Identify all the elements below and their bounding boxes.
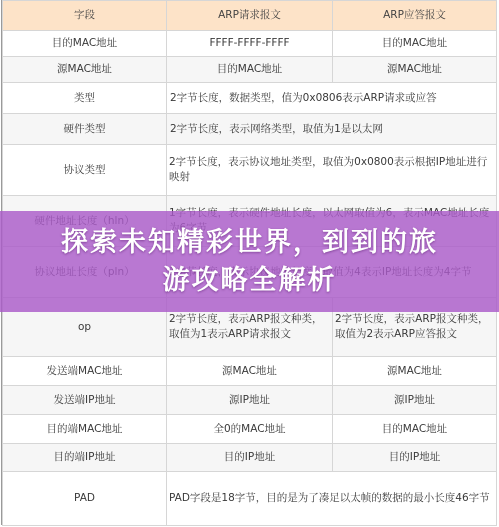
- request-value: 目的MAC地址: [167, 57, 333, 83]
- table-row: 类型 2字节长度，数据类型，值为0x0806表示ARP请求或应答: [3, 83, 497, 114]
- shared-description: 2字节长度，数据类型，值为0x0806表示ARP请求或应答: [167, 83, 497, 114]
- banner-title-line-1: 探索未知精彩世界，到到的旅: [61, 224, 438, 262]
- reply-value: 目的IP地址: [333, 444, 497, 472]
- reply-value: 源IP地址: [333, 386, 497, 415]
- field-name: 类型: [3, 83, 167, 114]
- request-value: 目的IP地址: [167, 444, 333, 472]
- reply-value: 目的MAC地址: [333, 415, 497, 444]
- banner-title-line-2: 游攻略全解析: [163, 262, 337, 300]
- title-banner-overlay: 探索未知精彩世界，到到的旅 游攻略全解析: [0, 211, 499, 312]
- shared-description: 2字节长度，表示网络类型，取值为1是以太网: [167, 114, 497, 145]
- table-row: 协议类型 2字节长度，表示协议地址类型，取值为0x0800表示根据IP地址进行映…: [3, 145, 497, 196]
- request-value: 全0的MAC地址: [167, 415, 333, 444]
- table-row: 发送端MAC地址 源MAC地址 源MAC地址: [3, 357, 497, 386]
- field-name: 协议类型: [3, 145, 167, 196]
- table-header-row: 字段 ARP请求报文 ARP应答报文: [3, 1, 497, 31]
- header-field: 字段: [3, 1, 167, 31]
- header-arp-request: ARP请求报文: [167, 1, 333, 31]
- table-row: 目的MAC地址 FFFF-FFFF-FFFF 目的MAC地址: [3, 31, 497, 57]
- request-value: FFFF-FFFF-FFFF: [167, 31, 333, 57]
- header-arp-reply: ARP应答报文: [333, 1, 497, 31]
- field-name: PAD: [3, 472, 167, 526]
- reply-value: 源MAC地址: [333, 57, 497, 83]
- shared-description: 2字节长度，表示协议地址类型，取值为0x0800表示根据IP地址进行映射: [167, 145, 497, 196]
- field-name: 硬件类型: [3, 114, 167, 145]
- request-value: 源MAC地址: [167, 357, 333, 386]
- table-row: 硬件类型 2字节长度，表示网络类型，取值为1是以太网: [3, 114, 497, 145]
- table-row: PAD PAD字段是18字节，目的是为了凑足以太帧的数据的最小长度46字节: [3, 472, 497, 526]
- field-name: 目的MAC地址: [3, 31, 167, 57]
- field-name: 发送端IP地址: [3, 386, 167, 415]
- shared-description: PAD字段是18字节，目的是为了凑足以太帧的数据的最小长度46字节: [167, 472, 497, 526]
- field-name: 目的端IP地址: [3, 444, 167, 472]
- table-row: 发送端IP地址 源IP地址 源IP地址: [3, 386, 497, 415]
- reply-value: 源MAC地址: [333, 357, 497, 386]
- table-row: 源MAC地址 目的MAC地址 源MAC地址: [3, 57, 497, 83]
- field-name: 发送端MAC地址: [3, 357, 167, 386]
- request-value: 源IP地址: [167, 386, 333, 415]
- field-name: 源MAC地址: [3, 57, 167, 83]
- field-name: 目的端MAC地址: [3, 415, 167, 444]
- table-row: 目的端MAC地址 全0的MAC地址 目的MAC地址: [3, 415, 497, 444]
- reply-value: 目的MAC地址: [333, 31, 497, 57]
- table-row: 目的端IP地址 目的IP地址 目的IP地址: [3, 444, 497, 472]
